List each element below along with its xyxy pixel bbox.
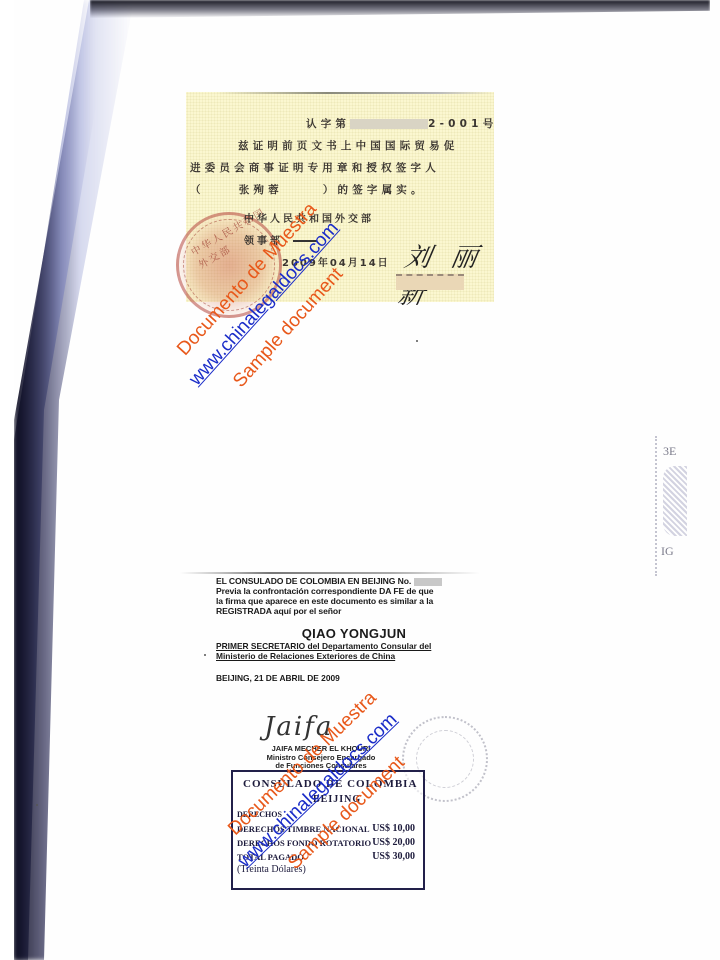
paren-open: （ <box>190 184 205 196</box>
signatory-name: 张殉蓉 <box>239 184 283 196</box>
scan-margin <box>0 0 14 960</box>
certificate-body-line-2: 进委员会商事证明专用章和授权签字人 <box>190 160 440 175</box>
scanner-shadow-top <box>90 0 710 18</box>
fee-amount: US$ 30,00 <box>372 851 415 862</box>
redacted-signature-name <box>396 274 464 290</box>
seal-glyph-bottom: IG <box>661 544 674 559</box>
seal-glyph-top: 3E <box>663 444 676 459</box>
scan-speck <box>416 340 418 342</box>
seal-emblem <box>663 466 687 536</box>
paragraph-line-1: EL CONSULADO DE COLOMBIA EN BEIJING No. <box>216 576 492 586</box>
certificate-top-rule <box>216 92 494 94</box>
paragraph-line-2: Previa la confrontación correspondiente … <box>216 586 492 596</box>
official-name: QIAO YONGJUN <box>216 626 492 641</box>
reference-prefix: 认字第 <box>306 118 350 130</box>
colombian-consular-legalization: EL CONSULADO DE COLOMBIA EN BEIJING No. … <box>216 576 492 683</box>
paragraph-line-4: REGISTRADA aquí por el señor <box>216 606 492 616</box>
scan-speck <box>204 654 206 656</box>
official-title-2: Ministerio de Relaciones Exteriores de C… <box>216 651 492 661</box>
certificate-reference: 认字第2-001号 <box>306 116 497 131</box>
paren-close-text: ）的签字属实。 <box>323 184 426 196</box>
redacted-number <box>350 119 428 129</box>
fee-amount: US$ 10,00 <box>372 823 415 834</box>
legalization-paragraph: EL CONSULADO DE COLOMBIA EN BEIJING No. … <box>216 576 492 616</box>
edge-seal-fragment: 3E IG <box>655 436 687 576</box>
certificate-body-line-1: 兹证明前页文书上中国国际贸易促 <box>238 138 459 153</box>
redacted-number <box>414 578 442 586</box>
scan-speck <box>36 804 38 806</box>
certificate-body-line-3: （张殉蓉）的签字属实。 <box>190 182 426 197</box>
paragraph-line-3: la firma que aparece en este documento e… <box>216 596 492 606</box>
legalization-top-rule <box>180 572 480 574</box>
place-and-date: BEIJING, 21 DE ABRIL DE 2009 <box>216 673 492 683</box>
fee-amount: US$ 20,00 <box>372 837 415 848</box>
consulate-number-label: EL CONSULADO DE COLOMBIA EN BEIJING No. <box>216 576 411 586</box>
reference-suffix: 2-001号 <box>428 118 497 130</box>
official-title-1: PRIMER SECRETARIO del Departamento Consu… <box>216 641 492 651</box>
fee-label: DERECHOS TIMBRE NACIONAL <box>237 824 370 834</box>
